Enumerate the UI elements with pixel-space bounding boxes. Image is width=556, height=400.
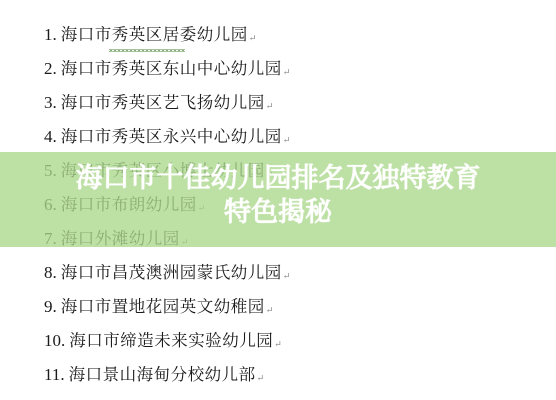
item-number: 11. (44, 362, 65, 388)
item-number: 1. (44, 22, 57, 48)
paragraph-mark-icon: ↵ (249, 26, 257, 52)
banner-title-line-1: 海口市十佳幼儿园排名及独特教育 (0, 162, 556, 196)
item-name: 海口市置地花园英文幼稚园 (61, 294, 265, 320)
banner-title: 海口市十佳幼儿园排名及独特教育 特色揭秘 (0, 162, 556, 230)
item-name: 海口市秀英区居委幼儿园 (61, 22, 248, 48)
item-name: 海口市秀英区艺飞扬幼儿园 (61, 90, 265, 116)
item-name: 海口景山海甸分校幼儿部 (69, 362, 256, 388)
paragraph-mark-icon: ↵ (283, 128, 291, 154)
item-name: 海口市缔造未来实验幼儿园 (69, 328, 273, 354)
item-name: 海口市昌茂澳洲园蒙氏幼儿园 (61, 260, 282, 286)
list-item: 8. 海口市昌茂澳洲园蒙氏幼儿园 ↵ (44, 256, 290, 290)
list-item: 11. 海口景山海甸分校幼儿部 ↵ (44, 358, 290, 392)
item-name-text: 海口市秀英区居委幼儿园 (61, 25, 248, 44)
item-number: 3. (44, 90, 57, 116)
item-number: 10. (44, 328, 65, 354)
list-item: 4. 海口市秀英区永兴中心幼儿园 ↵ (44, 120, 290, 154)
list-item: 10. 海口市缔造未来实验幼儿园 ↵ (44, 324, 290, 358)
paragraph-mark-icon: ↵ (283, 60, 291, 86)
list-item: 9. 海口市置地花园英文幼稚园 ↵ (44, 290, 290, 324)
spellcheck-underline (109, 49, 185, 52)
list-item: 3. 海口市秀英区艺飞扬幼儿园 ↵ (44, 86, 290, 120)
list-item: 2. 海口市秀英区东山中心幼儿园 ↵ (44, 52, 290, 86)
paragraph-mark-icon: ↵ (266, 94, 274, 120)
item-number: 4. (44, 124, 57, 150)
item-number: 2. (44, 56, 57, 82)
list-item: 1. 海口市秀英区居委幼儿园 ↵ (44, 18, 290, 52)
paragraph-mark-icon: ↵ (257, 366, 265, 392)
paragraph-mark-icon: ↵ (266, 298, 274, 324)
item-name: 海口市秀英区永兴中心幼儿园 (61, 124, 282, 150)
banner-title-line-2: 特色揭秘 (0, 196, 556, 230)
item-number: 8. (44, 260, 57, 286)
paragraph-mark-icon: ↵ (283, 264, 291, 290)
item-number: 9. (44, 294, 57, 320)
item-name: 海口市秀英区东山中心幼儿园 (61, 56, 282, 82)
paragraph-mark-icon: ↵ (274, 332, 282, 358)
